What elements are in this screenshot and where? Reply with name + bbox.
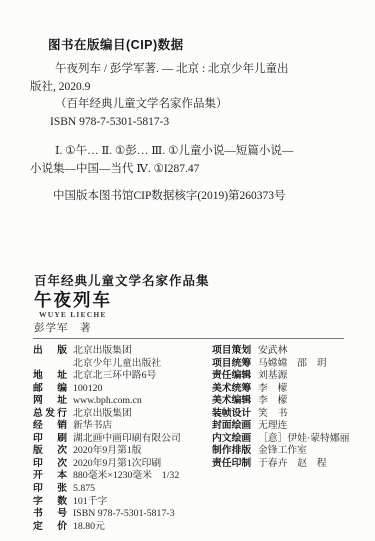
info-row: 出版北京出版集团 (33, 345, 211, 358)
info-row: 版次2020年9月第1版 (33, 445, 211, 458)
info-row: 经销新华书店 (33, 420, 211, 433)
info-value: 新华书店 (73, 420, 112, 431)
info-row: 开本880毫米×1230毫米 1/32 (33, 470, 211, 483)
cip-line-series: （百年经典儿童文学名家作品集） (30, 96, 350, 114)
info-value: 北京北三环中路6号 (73, 370, 156, 381)
info-label: 总发行 (33, 408, 67, 421)
info-row: 邮编100120 (33, 383, 211, 396)
info-value: 880毫米×1230毫米 1/32 (73, 470, 179, 481)
info-row: 美术统筹李 檬 (212, 383, 372, 396)
info-label: 封面绘画 (212, 420, 253, 433)
book-title: 午夜列车 (34, 287, 112, 312)
info-row: 制作排版金锋工作室 (212, 445, 372, 458)
info-value: 李 檬 (258, 395, 287, 406)
info-value: 北京出版集团 (73, 345, 132, 356)
info-label: 出版 (33, 345, 67, 358)
info-label: 开本 (33, 470, 67, 483)
info-label: 印张 (33, 483, 67, 496)
info-value: 刘基源 (258, 370, 287, 381)
cip-line-title: 午夜列车 / 彭学军著. — 北京 : 北京少年儿童出 (30, 61, 350, 79)
info-value: www.bph.com.cn (73, 395, 142, 406)
info-label: 版次 (33, 445, 67, 458)
info-row: 责任编辑刘基源 (212, 370, 372, 383)
info-row: 美术编辑李 檬 (212, 395, 372, 408)
info-value: 安武林 (258, 345, 287, 356)
info-value: 18.80元 (73, 521, 105, 532)
info-label: 制作排版 (212, 445, 253, 458)
divider-line (33, 338, 344, 339)
info-label: 美术编辑 (212, 395, 253, 408)
info-label: 美术统筹 (212, 383, 253, 396)
info-row: 北京少年儿童出版社 (33, 358, 211, 371)
info-row: 总发行北京出版集团 (33, 408, 211, 421)
info-value: 湖北画中画印刷有限公司 (73, 433, 181, 444)
info-value: 2020年9月第1版 (73, 445, 142, 456)
info-value: ［意］伊娃·蒙特娜丽 (258, 433, 349, 444)
info-label: 地址 (33, 370, 67, 383)
info-value: 100120 (73, 383, 102, 394)
info-row: 责任印制于春卉 赵 程 (212, 458, 372, 471)
info-value: 北京出版集团 (73, 408, 132, 419)
info-row: 印次2020年9月第1次印刷 (33, 458, 211, 471)
info-value: 101千字 (73, 496, 107, 507)
info-row: 项目统筹马嫦嫦 邵 玥 (212, 358, 372, 371)
info-value: 笑 书 (258, 408, 287, 419)
info-row: 印刷湖北画中画印刷有限公司 (33, 433, 211, 446)
info-row: 定价18.80元 (33, 521, 211, 534)
cip-line-publisher: 版社, 2020.9 (30, 79, 350, 97)
info-value: 北京少年儿童出版社 (73, 358, 161, 369)
cip-data-block: 午夜列车 / 彭学军著. — 北京 : 北京少年儿童出 版社, 2020.9 （… (30, 61, 350, 206)
info-value: 于春卉 赵 程 (258, 458, 327, 469)
credits-column: 项目策划安武林项目统筹马嫦嫦 邵 玥责任编辑刘基源美术统筹李 檬美术编辑李 檬装… (212, 345, 372, 470)
info-value: 马嫦嫦 邵 玥 (258, 358, 327, 369)
info-row: 封面绘画无理连 (212, 420, 372, 433)
info-value: ISBN 978-7-5301-5817-3 (73, 508, 175, 519)
info-value: 5.875 (73, 483, 95, 494)
info-label: 经销 (33, 420, 67, 433)
info-label: 责任编辑 (212, 370, 253, 383)
info-label: 装帧设计 (212, 408, 253, 421)
info-value: 2020年9月第1次印刷 (73, 458, 161, 469)
cip-line-classification-2: 小说集—中国—当代 Ⅳ. ①I287.47 (30, 161, 350, 179)
info-row: 项目策划安武林 (212, 345, 372, 358)
book-copyright-page: 图书在版编目(CIP)数据 午夜列车 / 彭学军著. — 北京 : 北京少年儿童… (0, 0, 375, 541)
info-label: 定价 (33, 521, 67, 534)
info-label: 责任印制 (212, 458, 253, 471)
info-label: 印刷 (33, 433, 67, 446)
info-row: 网址www.bph.com.cn (33, 395, 211, 408)
info-label: 邮编 (33, 383, 67, 396)
info-value: 李 檬 (258, 383, 287, 394)
info-row: 书号ISBN 978-7-5301-5817-3 (33, 508, 211, 521)
info-label: 书号 (33, 508, 67, 521)
info-value: 金锋工作室 (258, 445, 307, 456)
cip-record-number: 中国版本图书馆CIP数据核字(2019)第260373号 (30, 188, 350, 206)
book-title-pinyin: WUYE LIECHE (39, 310, 107, 319)
info-row: 内文绘画［意］伊娃·蒙特娜丽 (212, 433, 372, 446)
info-row: 装帧设计笑 书 (212, 408, 372, 421)
info-value: 无理连 (258, 420, 287, 431)
info-label: 字数 (33, 496, 67, 509)
cip-line-classification: Ⅰ. ①午… Ⅱ. ①彭… Ⅲ. ①儿童小说—短篇小说— (30, 143, 350, 161)
publication-info-column: 出版北京出版集团北京少年儿童出版社地址北京北三环中路6号邮编100120网址ww… (33, 345, 211, 533)
info-label: 印次 (33, 458, 67, 471)
info-row: 地址北京北三环中路6号 (33, 370, 211, 383)
info-label: 网址 (33, 395, 67, 408)
cip-header: 图书在版编目(CIP)数据 (48, 35, 184, 53)
info-row: 印张5.875 (33, 483, 211, 496)
book-author: 彭学军 著 (34, 320, 92, 335)
cip-line-isbn: ISBN 978-7-5301-5817-3 (30, 114, 350, 132)
info-label: 项目策划 (212, 345, 253, 358)
info-row: 字数101千字 (33, 496, 211, 509)
info-label: 内文绘画 (212, 433, 253, 446)
info-label: 项目统筹 (212, 358, 253, 371)
